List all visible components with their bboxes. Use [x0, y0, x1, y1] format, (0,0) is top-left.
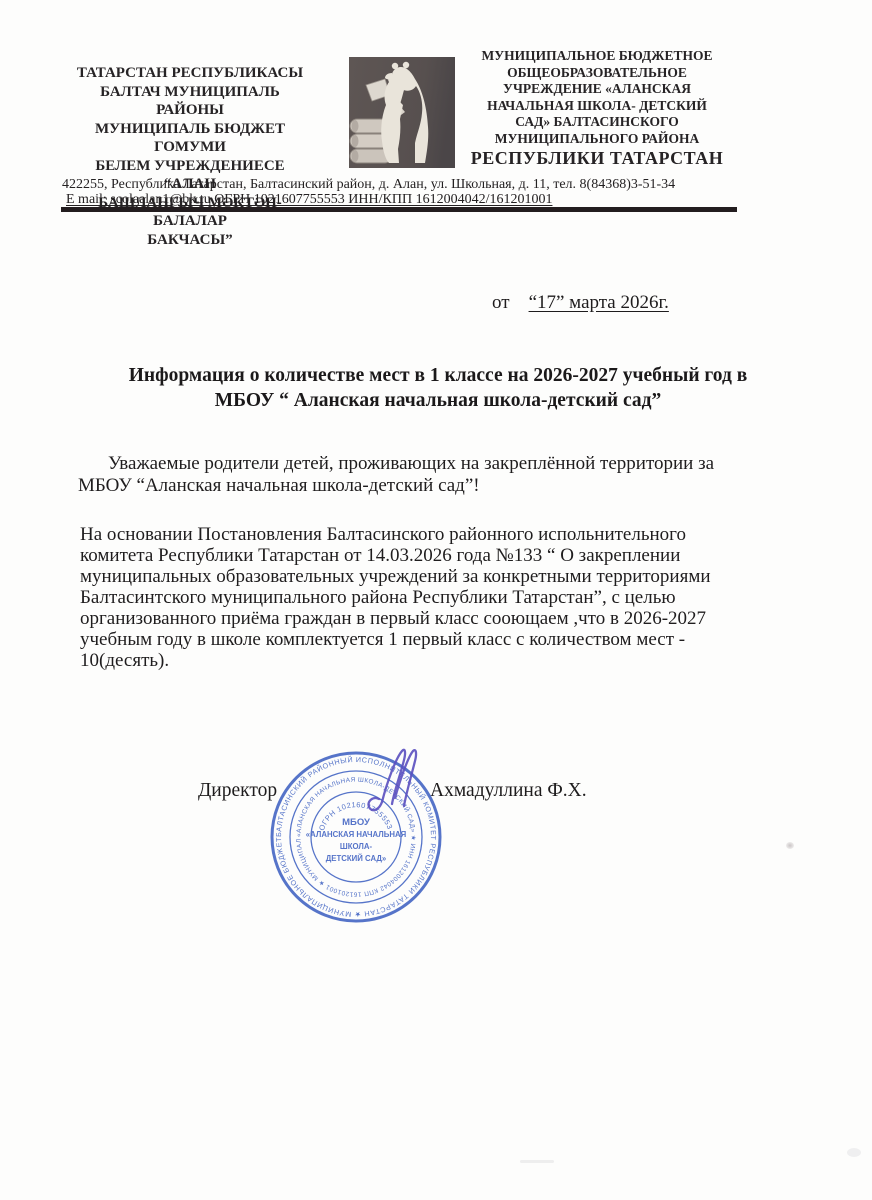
stamp-center-line-4: ДЕТСКИЙ САД»	[326, 854, 387, 863]
email-ogrn-inn-line: E mail: scolaalan1@bk.tu ОГРН 1021607755…	[66, 192, 552, 208]
date-value: “17” марта 2026г.	[529, 292, 669, 313]
bear-with-axe-emblem-icon	[349, 57, 455, 168]
letterhead-rule	[61, 207, 737, 212]
document-title: Информация о количестве мест в 1 классе …	[66, 363, 810, 413]
signature-autograph	[352, 740, 442, 830]
address-line: 422255, Республика Татарстан, Балтасинск…	[62, 177, 675, 193]
date-line: от “17” марта 2026г.	[492, 292, 669, 314]
signature-role: Директор	[198, 780, 277, 802]
org-name-tatar: ТАТАРСТАН РЕСПУБЛИКАСЫ БАЛТАЧ МУНИЦИПАЛЬ…	[68, 64, 312, 249]
paragraph-greeting: Уважаемые родители детей, проживающих на…	[78, 453, 808, 496]
scan-speck	[786, 842, 794, 849]
scan-smudge	[520, 1160, 554, 1163]
stamp-center-line-2: «АЛАНСКАЯ НАЧАЛЬНАЯ	[306, 830, 407, 839]
stamp-center-line-3: ШКОЛА-	[340, 842, 373, 851]
signature-name: Ахмадуллина Ф.Х.	[430, 780, 587, 802]
org-name-russian-republic: РЕСПУБЛИКИ ТАТАРСТАН	[458, 148, 736, 169]
date-prefix: от	[492, 292, 510, 313]
document-page: ТАТАРСТАН РЕСПУБЛИКАСЫ БАЛТАЧ МУНИЦИПАЛЬ…	[0, 0, 872, 1200]
paragraph-main: На основании Постановления Балтасинского…	[80, 524, 810, 671]
org-name-russian: МУНИЦИПАЛЬНОЕ БЮДЖЕТНОЕ ОБЩЕОБРАЗОВАТЕЛЬ…	[470, 48, 724, 147]
scan-smudge	[847, 1148, 861, 1157]
